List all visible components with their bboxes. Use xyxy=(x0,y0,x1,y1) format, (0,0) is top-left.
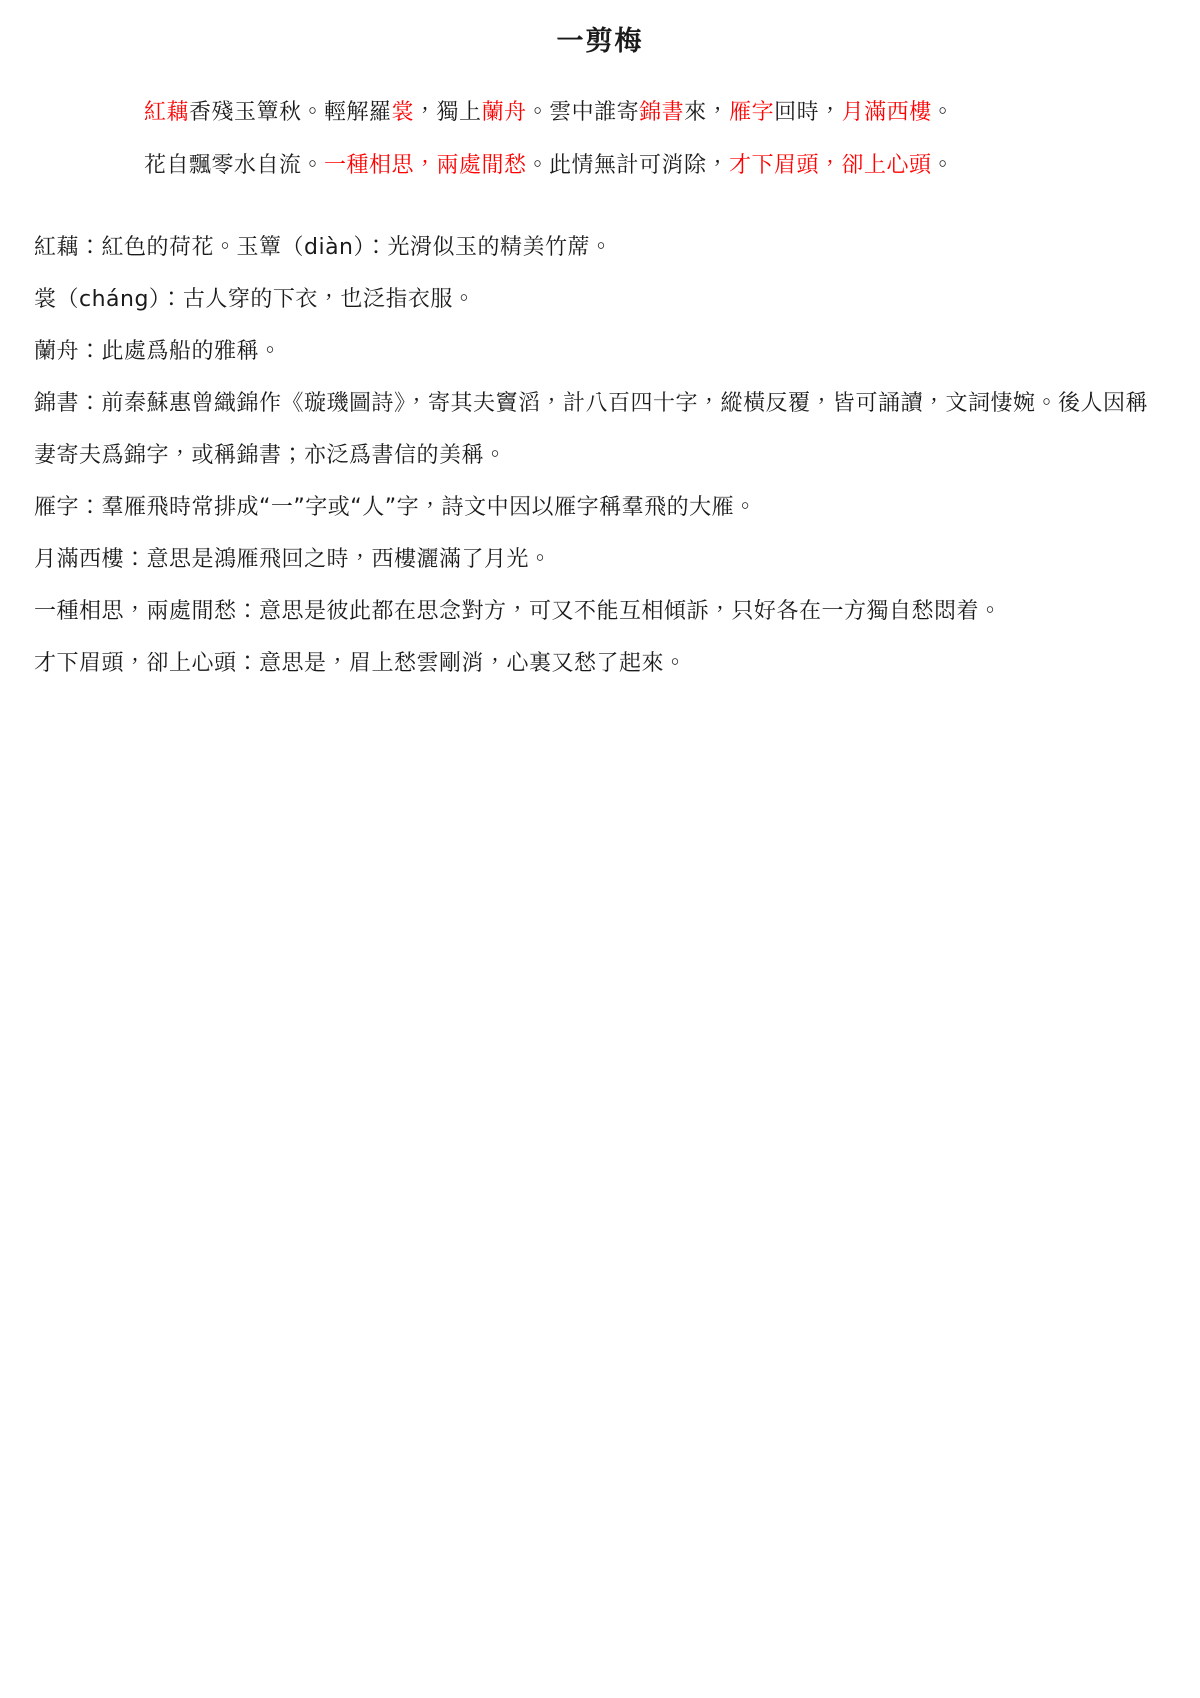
poem-segment-highlighted: 雁字 xyxy=(729,100,774,125)
poem-segment: 。雲中誰寄 xyxy=(527,100,640,125)
page-title: 一剪梅 xyxy=(34,26,1166,58)
poem-segment-highlighted: 一種相思，兩處閒愁 xyxy=(324,153,527,178)
poem-segment: 香殘玉簟秋。輕解羅 xyxy=(189,100,392,125)
poem-segment: 花自飄零水自流。 xyxy=(144,153,324,178)
poem-line: 花自飄零水自流。一種相思，兩處閒愁。此情無計可消除，才下眉頭，卻上心頭。 xyxy=(144,139,1166,192)
poem-segment: 。 xyxy=(932,100,955,125)
document-page: 一剪梅 紅藕香殘玉簟秋。輕解羅裳，獨上蘭舟。雲中誰寄錦書來，雁字回時，月滿西樓。… xyxy=(0,0,1200,1698)
poem-line: 紅藕香殘玉簟秋。輕解羅裳，獨上蘭舟。雲中誰寄錦書來，雁字回時，月滿西樓。 xyxy=(144,86,1166,139)
poem-segment: 回時， xyxy=(774,100,842,125)
annotation-line: 才下眉頭，卻上心頭：意思是，眉上愁雲剛消，心裏又愁了起來。 xyxy=(34,638,1166,690)
annotations-block: 紅藕：紅色的荷花。玉簟（diàn）：光滑似玉的精美竹蓆。裳（cháng）：古人穿… xyxy=(34,222,1166,690)
poem-segment: 。此情無計可消除， xyxy=(527,153,730,178)
annotation-line: 裳（cháng）：古人穿的下衣，也泛指衣服。 xyxy=(34,274,1166,326)
annotation-line: 錦書：前秦蘇惠曾織錦作《璇璣圖詩》，寄其夫竇滔，計八百四十字，縱橫反覆，皆可誦讀… xyxy=(34,378,1166,482)
annotation-line: 一種相思，兩處閒愁：意思是彼此都在思念對方，可又不能互相傾訴，只好各在一方獨自愁… xyxy=(34,586,1166,638)
annotation-line: 蘭舟：此處爲船的雅稱。 xyxy=(34,326,1166,378)
poem-segment-highlighted: 紅藕 xyxy=(144,100,189,125)
annotation-line: 月滿西樓：意思是鴻雁飛回之時，西樓灑滿了月光。 xyxy=(34,534,1166,586)
poem-segment-highlighted: 月滿西樓 xyxy=(842,100,932,125)
poem-segment-highlighted: 錦書 xyxy=(639,100,684,125)
poem-segment-highlighted: 才下眉頭，卻上心頭 xyxy=(729,153,932,178)
poem-segment: ，獨上 xyxy=(414,100,482,125)
poem-block: 紅藕香殘玉簟秋。輕解羅裳，獨上蘭舟。雲中誰寄錦書來，雁字回時，月滿西樓。花自飄零… xyxy=(34,86,1166,192)
poem-segment: 來， xyxy=(684,100,729,125)
annotation-line: 雁字：羣雁飛時常排成“一”字或“人”字，詩文中因以雁字稱羣飛的大雁。 xyxy=(34,482,1166,534)
poem-segment-highlighted: 裳 xyxy=(392,100,415,125)
annotation-line: 紅藕：紅色的荷花。玉簟（diàn）：光滑似玉的精美竹蓆。 xyxy=(34,222,1166,274)
poem-segment-highlighted: 蘭舟 xyxy=(482,100,527,125)
poem-segment: 。 xyxy=(932,153,955,178)
